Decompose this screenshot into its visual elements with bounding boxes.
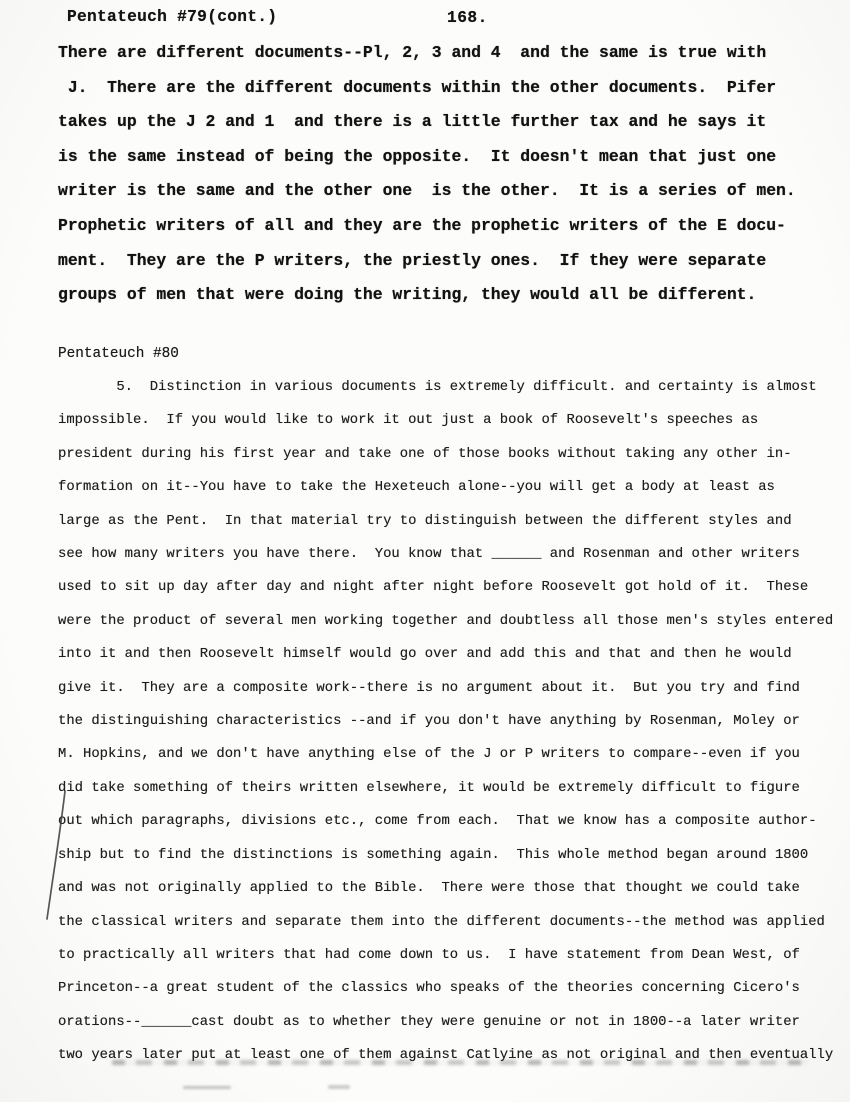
section-heading-pentateuch-80: Pentateuch #80 [58, 346, 179, 362]
scan-artifact-smudge [328, 1085, 350, 1089]
typewritten-document-page: Pentateuch #79(cont.) 168. There are dif… [0, 0, 850, 1102]
continuation-header-title: Pentateuch #79(cont.) [67, 8, 277, 26]
paragraph-pentateuch-79: There are different documents--Pl, 2, 3 … [58, 36, 796, 313]
page-number: 168. [447, 9, 488, 27]
scan-artifact-cutoff-line [112, 1060, 808, 1065]
scan-artifact-smudge [183, 1086, 231, 1089]
handwritten-margin-mark [40, 788, 70, 922]
paragraph-pentateuch-80: 5. Distinction in various documents is e… [58, 371, 833, 1073]
